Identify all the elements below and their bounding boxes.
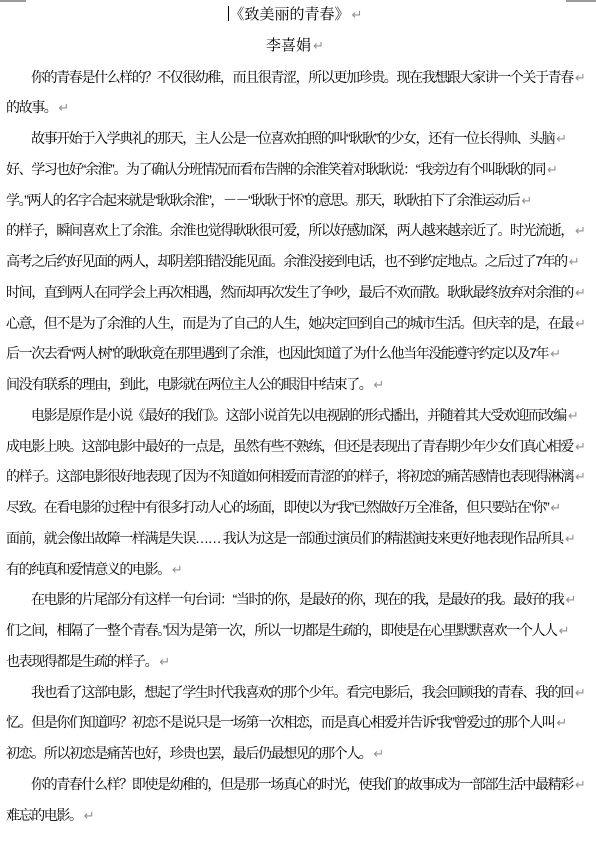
text-line-content: 尽致。在看电影的过程中有很多打动人心的场面，即使以为“我”已然做好万全准备，但只…: [6, 499, 548, 515]
line-break-mark-icon: ↵: [575, 469, 586, 484]
text-line[interactable]: 电影是原作是小说《最好的我们》。这部小说首先以电视剧的形式播出，并随着其大受欢迎…: [6, 400, 584, 431]
text-line-content: 你的青春什么样？即使是幼稚的，但是那一场真心的时光，使我们的故事成为一部部生活中…: [31, 776, 573, 792]
text-line[interactable]: 有的纯真和爱情意义的电影。↵: [6, 554, 584, 585]
line-break-mark-icon: ↵: [575, 70, 586, 85]
text-line-content: 后一次去看“两人树”的耿耿竟在那里遇到了余淮，也因此知道了为什么他当年没能遵守约…: [6, 345, 548, 361]
doc-author: 李喜娟: [266, 37, 311, 54]
text-line[interactable]: 面前，就会像出故障一样满是失误…… 我认为这是一部通过演员们的精湛演技来更好地表…: [6, 523, 584, 554]
text-line-content: 面前，就会像出故障一样满是失误…… 我认为这是一部通过演员们的精湛演技来更好地表…: [6, 530, 563, 546]
document-body[interactable]: 《致美丽的青春》↵ 李喜娟↵ 你的青春是什么样的？不仅很幼稚，而且很青涩，所以更…: [6, 0, 584, 830]
line-break-mark-icon: ↵: [575, 285, 586, 300]
doc-title: 《致美丽的青春》: [230, 6, 350, 23]
text-line-content: 你的青春是什么样的？不仅很幼稚，而且很青涩，所以更加珍贵。现在我想跟大家讲一个关…: [31, 69, 573, 85]
document-page[interactable]: 《致美丽的青春》↵ 李喜娟↵ 你的青春是什么样的？不仅很幼稚，而且很青涩，所以更…: [0, 0, 596, 841]
text-line-content: 间没有联系的理由，到此，电影就在两位主人公的眼泪中结束了。: [6, 376, 371, 392]
title-line[interactable]: 《致美丽的青春》↵: [6, 0, 584, 31]
line-break-mark-icon: ↵: [172, 562, 183, 577]
text-line[interactable]: 在电影的片尾部分有这样一句台词：“当时的你，是最好的你，现在的我，是最好的我。最…: [6, 584, 584, 615]
text-line-content: 初恋。所以初恋是痛苦也好，珍贵也罢，最后仍最想见的那个人。: [6, 745, 371, 761]
text-line[interactable]: 尽致。在看电影的过程中有很多打动人心的场面，即使以为“我”已然做好万全准备，但只…: [6, 492, 584, 523]
text-line-content: 也表现得都是生疏的样子。: [6, 653, 157, 669]
text-line[interactable]: 成电影上映。这部电影中最好的一点是，虽然有些不熟练，但还是表现出了青春期少年少女…: [6, 431, 584, 462]
line-break-mark-icon: ↵: [575, 439, 586, 454]
text-line[interactable]: 我也看了这部电影，想起了学生时代我喜欢的那个少年。看完电影后，我会回顾我的青春、…: [6, 677, 584, 708]
line-break-mark-icon: ↵: [568, 408, 579, 423]
line-break-mark-icon: ↵: [565, 531, 576, 546]
line-break-mark-icon: ↵: [313, 38, 324, 53]
text-line[interactable]: 们之间，相隔了一整个青春。”因为是第一次，所以一切都是生疏的，即使是在心里默默喜…: [6, 615, 584, 646]
text-line-content: 有的纯真和爱情意义的电影。: [6, 561, 170, 577]
text-line[interactable]: 你的青春是什么样的？不仅很幼稚，而且很青涩，所以更加珍贵。现在我想跟大家讲一个关…: [6, 62, 584, 93]
text-line-content: 好、学习也好“余淮”。为了确认分班情况而看布告牌的余淮笑着对耿耿说：“我旁边有个…: [6, 161, 545, 177]
line-break-mark-icon: ↵: [565, 592, 576, 607]
line-break-mark-icon: ↵: [58, 100, 69, 115]
text-line[interactable]: 的样子，瞬间喜欢上了余淮。余淮也觉得耿耿很可爱，所以好感加深，两人越来越亲近了。…: [6, 215, 584, 246]
text-line[interactable]: 难忘的电影。↵: [6, 800, 584, 831]
line-break-mark-icon: ↵: [575, 223, 586, 238]
author-line[interactable]: 李喜娟↵: [6, 31, 584, 62]
text-line[interactable]: 忆。但是你们知道吗？初恋不是说只是一场第一次相恋，而是真心相爱并告诉“我”曾爱过…: [6, 707, 584, 738]
text-line[interactable]: 间没有联系的理由，到此，电影就在两位主人公的眼泪中结束了。↵: [6, 369, 584, 400]
line-break-mark-icon: ↵: [159, 654, 170, 669]
text-line-content: 我也看了这部电影，想起了学生时代我喜欢的那个少年。看完电影后，我会回顾我的青春、…: [31, 684, 573, 700]
text-line[interactable]: 初恋。所以初恋是痛苦也好，珍贵也罢，最后仍最想见的那个人。↵: [6, 738, 584, 769]
text-line[interactable]: 好、学习也好“余淮”。为了确认分班情况而看布告牌的余淮笑着对耿耿说：“我旁边有个…: [6, 154, 584, 185]
text-line-content: 难忘的电影。: [6, 807, 82, 823]
text-line-content: 时间，直到两人在同学会上再次相遇，然而却再次发生了争吵，最后不欢而散。耿耿最终放…: [6, 284, 573, 300]
text-line[interactable]: 后一次去看“两人树”的耿耿竟在那里遇到了余淮，也因此知道了为什么他当年没能遵守约…: [6, 338, 584, 369]
line-break-mark-icon: ↵: [575, 685, 586, 700]
text-line[interactable]: 的样子。这部电影很好地表现了因为不知道如何相爱而青涩的的样子，将初恋的痛苦感情也…: [6, 461, 584, 492]
line-break-mark-icon: ↵: [556, 131, 567, 146]
text-line[interactable]: 故事开始于入学典礼的那天，主人公是一位喜欢拍照的叫“耿耿”的少女，还有一位长得帅…: [6, 123, 584, 154]
line-break-mark-icon: ↵: [352, 7, 363, 22]
document-paragraphs: 你的青春是什么样的？不仅很幼稚，而且很青涩，所以更加珍贵。现在我想跟大家讲一个关…: [6, 62, 584, 831]
text-line[interactable]: 你的青春什么样？即使是幼稚的，但是那一场真心的时光，使我们的故事成为一部部生活中…: [6, 769, 584, 800]
line-break-mark-icon: ↵: [84, 808, 95, 823]
text-line-content: 的样子，瞬间喜欢上了余淮。余淮也觉得耿耿很可爱，所以好感加深，两人越来越亲近了。…: [6, 222, 573, 238]
text-line-content: 的样子。这部电影很好地表现了因为不知道如何相爱而青涩的的样子，将初恋的痛苦感情也…: [6, 468, 573, 484]
text-line-content: 高考之后约好见面的两人，却阴差阳错没能见面。余淮没接到电话，也不到约定地点。之后…: [6, 253, 567, 269]
text-line-content: 成电影上映。这部电影中最好的一点是，虽然有些不熟练，但还是表现出了青春期少年少女…: [6, 438, 573, 454]
text-cursor: [228, 6, 229, 21]
text-line[interactable]: 时间，直到两人在同学会上再次相遇，然而却再次发生了争吵，最后不欢而散。耿耿最终放…: [6, 277, 584, 308]
line-break-mark-icon: ↵: [575, 316, 586, 331]
line-break-mark-icon: ↵: [373, 746, 384, 761]
line-break-mark-icon: ↵: [373, 377, 384, 392]
text-line-content: 在电影的片尾部分有这样一句台词：“当时的你，是最好的你，现在的我，是最好的我。最…: [31, 591, 563, 607]
line-break-mark-icon: ↵: [547, 162, 558, 177]
text-line-content: 忆。但是你们知道吗？初恋不是说只是一场第一次相恋，而是真心相爱并告诉“我”曾爱过…: [6, 714, 554, 730]
text-line-content: 心意，但不是为了余淮的人生，而是为了自己的人生，她决定回到自己的城市生活。但庆幸…: [6, 315, 573, 331]
text-line[interactable]: 也表现得都是生疏的样子。↵: [6, 646, 584, 677]
text-line[interactable]: 学。”两人的名字合起来就是“耿耿余淮”，－－“耿耿于怀”的意思。那天，耿耿拍下了…: [6, 185, 584, 216]
line-break-mark-icon: ↵: [521, 193, 532, 208]
text-line-content: 故事开始于入学典礼的那天，主人公是一位喜欢拍照的叫“耿耿”的少女，还有一位长得帅…: [31, 130, 554, 146]
text-line[interactable]: 的故事。↵: [6, 92, 584, 123]
line-break-mark-icon: ↵: [550, 346, 561, 361]
line-break-mark-icon: ↵: [550, 500, 561, 515]
text-line-content: 的故事。: [6, 99, 56, 115]
text-line-content: 电影是原作是小说《最好的我们》。这部小说首先以电视剧的形式播出，并随着其大受欢迎…: [31, 407, 566, 423]
text-line-content: 学。”两人的名字合起来就是“耿耿余淮”，－－“耿耿于怀”的意思。那天，耿耿拍下了…: [6, 192, 519, 208]
line-break-mark-icon: ↵: [575, 777, 586, 792]
line-break-mark-icon: ↵: [556, 715, 567, 730]
text-line[interactable]: 心意，但不是为了余淮的人生，而是为了自己的人生，她决定回到自己的城市生活。但庆幸…: [6, 308, 584, 339]
text-line[interactable]: 高考之后约好见面的两人，却阴差阳错没能见面。余淮没接到电话，也不到约定地点。之后…: [6, 246, 584, 277]
line-break-mark-icon: ↵: [569, 254, 580, 269]
line-break-mark-icon: ↵: [559, 623, 570, 638]
text-line-content: 们之间，相隔了一整个青春。”因为是第一次，所以一切都是生疏的，即使是在心里默默喜…: [6, 622, 557, 638]
